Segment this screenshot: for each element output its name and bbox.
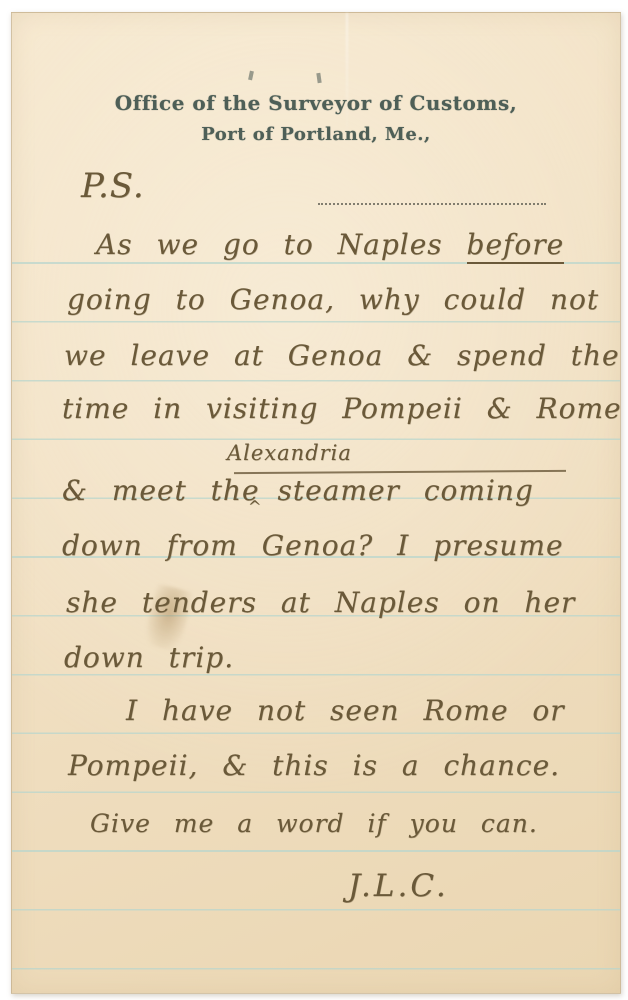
ink-speck [316, 73, 321, 83]
handwritten-line: she tenders at Naples on her [66, 589, 575, 617]
letterhead-office-line: Office of the Surveyor of Customs, [12, 91, 620, 115]
handwritten-line: Pompeii, & this is a chance. [68, 752, 560, 780]
line-text: steamer coming [278, 474, 534, 507]
ink-speck [248, 71, 254, 81]
handwritten-line: we leave at Genoa & spend the [64, 342, 620, 370]
handwritten-line: Give me a word if you can. [90, 811, 538, 836]
letter-photo: { "letterhead": { "line1": "Office of th… [0, 0, 628, 1000]
handwritten-line: time in visiting Pompeii & Rome [62, 395, 622, 423]
handwritten-line: As we go to Naples before [96, 231, 564, 259]
handwritten-line: down from Genoa? I presume [62, 532, 564, 560]
handwritten-line: going to Genoa, why could not [67, 286, 599, 314]
line-text: As we go to Naples [96, 228, 467, 261]
line-text: & meet the [62, 474, 260, 507]
underlined-word: before [467, 228, 565, 264]
letter-sheet: Office of the Surveyor of Customs, Port … [11, 12, 621, 994]
date-dotted-rule [318, 191, 546, 205]
handwritten-line: & meet thesteamer coming [62, 477, 534, 505]
letterhead-port-line: Port of Portland, Me., [12, 124, 620, 145]
signature-initials: J.L.C. [348, 871, 449, 902]
handwritten-line: I have not seen Rome or [126, 697, 565, 725]
interline-insertion-word: Alexandria [227, 443, 352, 464]
handwritten-line: down trip. [64, 644, 234, 672]
postscript-label: P.S. [81, 169, 145, 203]
